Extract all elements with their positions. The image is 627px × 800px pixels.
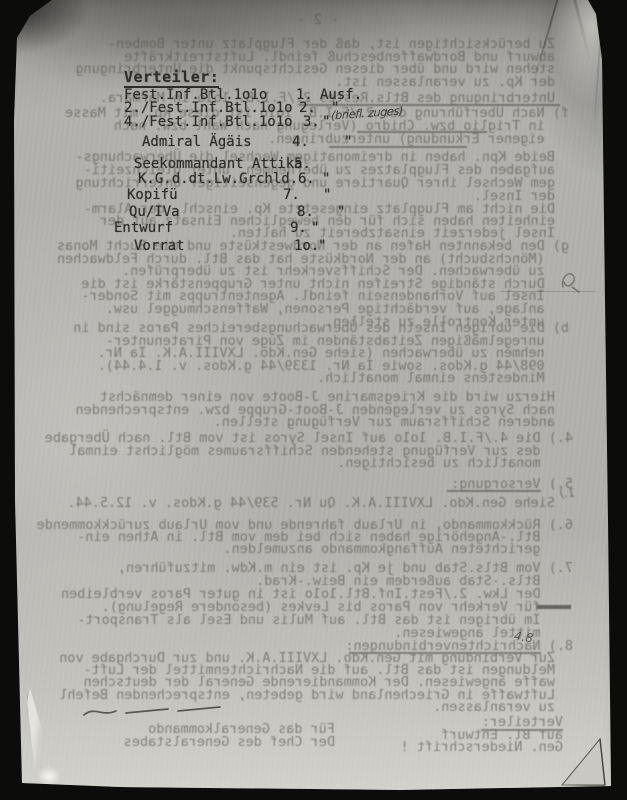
- unit-label: Admiral Ägäis: [142, 134, 252, 150]
- distribution-row: 2./Fest.Inf.Btl.1o1o2.": [124, 101, 293, 115]
- distribution-row: Vorrat1o.": [134, 239, 185, 253]
- unit-label: Entwurf: [114, 220, 173, 236]
- copy-number: 6.: [298, 172, 315, 186]
- ditto-mark: ": [311, 221, 319, 235]
- copy-number: 3.: [303, 115, 320, 129]
- distribution-row: Kopifü7.": [127, 188, 178, 202]
- copy-number: 8.: [297, 205, 314, 219]
- unit-label: Vorrat: [134, 238, 185, 254]
- document-scan: - 2 - Zu berücksichtigen ist, daß der Fl…: [0, 0, 627, 800]
- distribution-row: 4./Fest.Inf.Btl.1o1o3.": [124, 115, 293, 129]
- ditto-mark: ": [344, 135, 352, 149]
- ditto-mark: ": [318, 239, 326, 253]
- unit-label: Seekommandant Attika: [134, 156, 303, 172]
- ditto-mark: ": [337, 205, 345, 219]
- copy-number: 9.: [290, 221, 307, 235]
- ditto-mark: ": [322, 115, 330, 129]
- folded-corner: [550, 733, 612, 791]
- copy-number: 1o.: [294, 239, 319, 253]
- unit-label: 4./Fest.Inf.Btl.1o1o: [124, 114, 293, 130]
- handwritten-mark: 4.8: [513, 629, 534, 646]
- copy-number: 7.: [283, 188, 300, 202]
- ditto-mark: ": [323, 188, 331, 202]
- typed-layer: Verteiler: Fest.Inf.Btl.1o1o1.Ausf. 2./F…: [0, 0, 627, 800]
- copy-number: 5.: [294, 157, 311, 171]
- copy-number: 4.: [292, 135, 309, 149]
- copy-number: 2.: [299, 101, 316, 115]
- paper-page: - 2 - Zu berücksichtigen ist, daß der Fl…: [0, 0, 627, 800]
- unit-label: Qu/IVa: [129, 204, 180, 220]
- unit-label: K.G.d.dt.Lw.Grchld.: [138, 171, 298, 187]
- copy-note: Ausf.: [320, 88, 362, 102]
- distribution-row: Qu/IVa8.": [129, 205, 180, 219]
- distribution-row: K.G.d.dt.Lw.Grchld.6.": [138, 172, 298, 186]
- distribution-row: Entwurf9.": [114, 221, 173, 235]
- unit-label: Kopifü: [127, 187, 178, 203]
- crease-highlight: [552, 0, 610, 115]
- distribution-row: Admiral Ägäis4.": [142, 135, 252, 149]
- edge-glint: [34, 762, 64, 788]
- handwritten-note: (briefl. zuges): [331, 103, 403, 122]
- ditto-mark: ": [322, 172, 330, 186]
- distribution-heading: Verteiler:: [124, 70, 219, 88]
- distribution-row: Seekommandant Attika5.: [134, 157, 303, 171]
- pen-doodle: [556, 266, 582, 296]
- pen-squiggle: [80, 700, 230, 722]
